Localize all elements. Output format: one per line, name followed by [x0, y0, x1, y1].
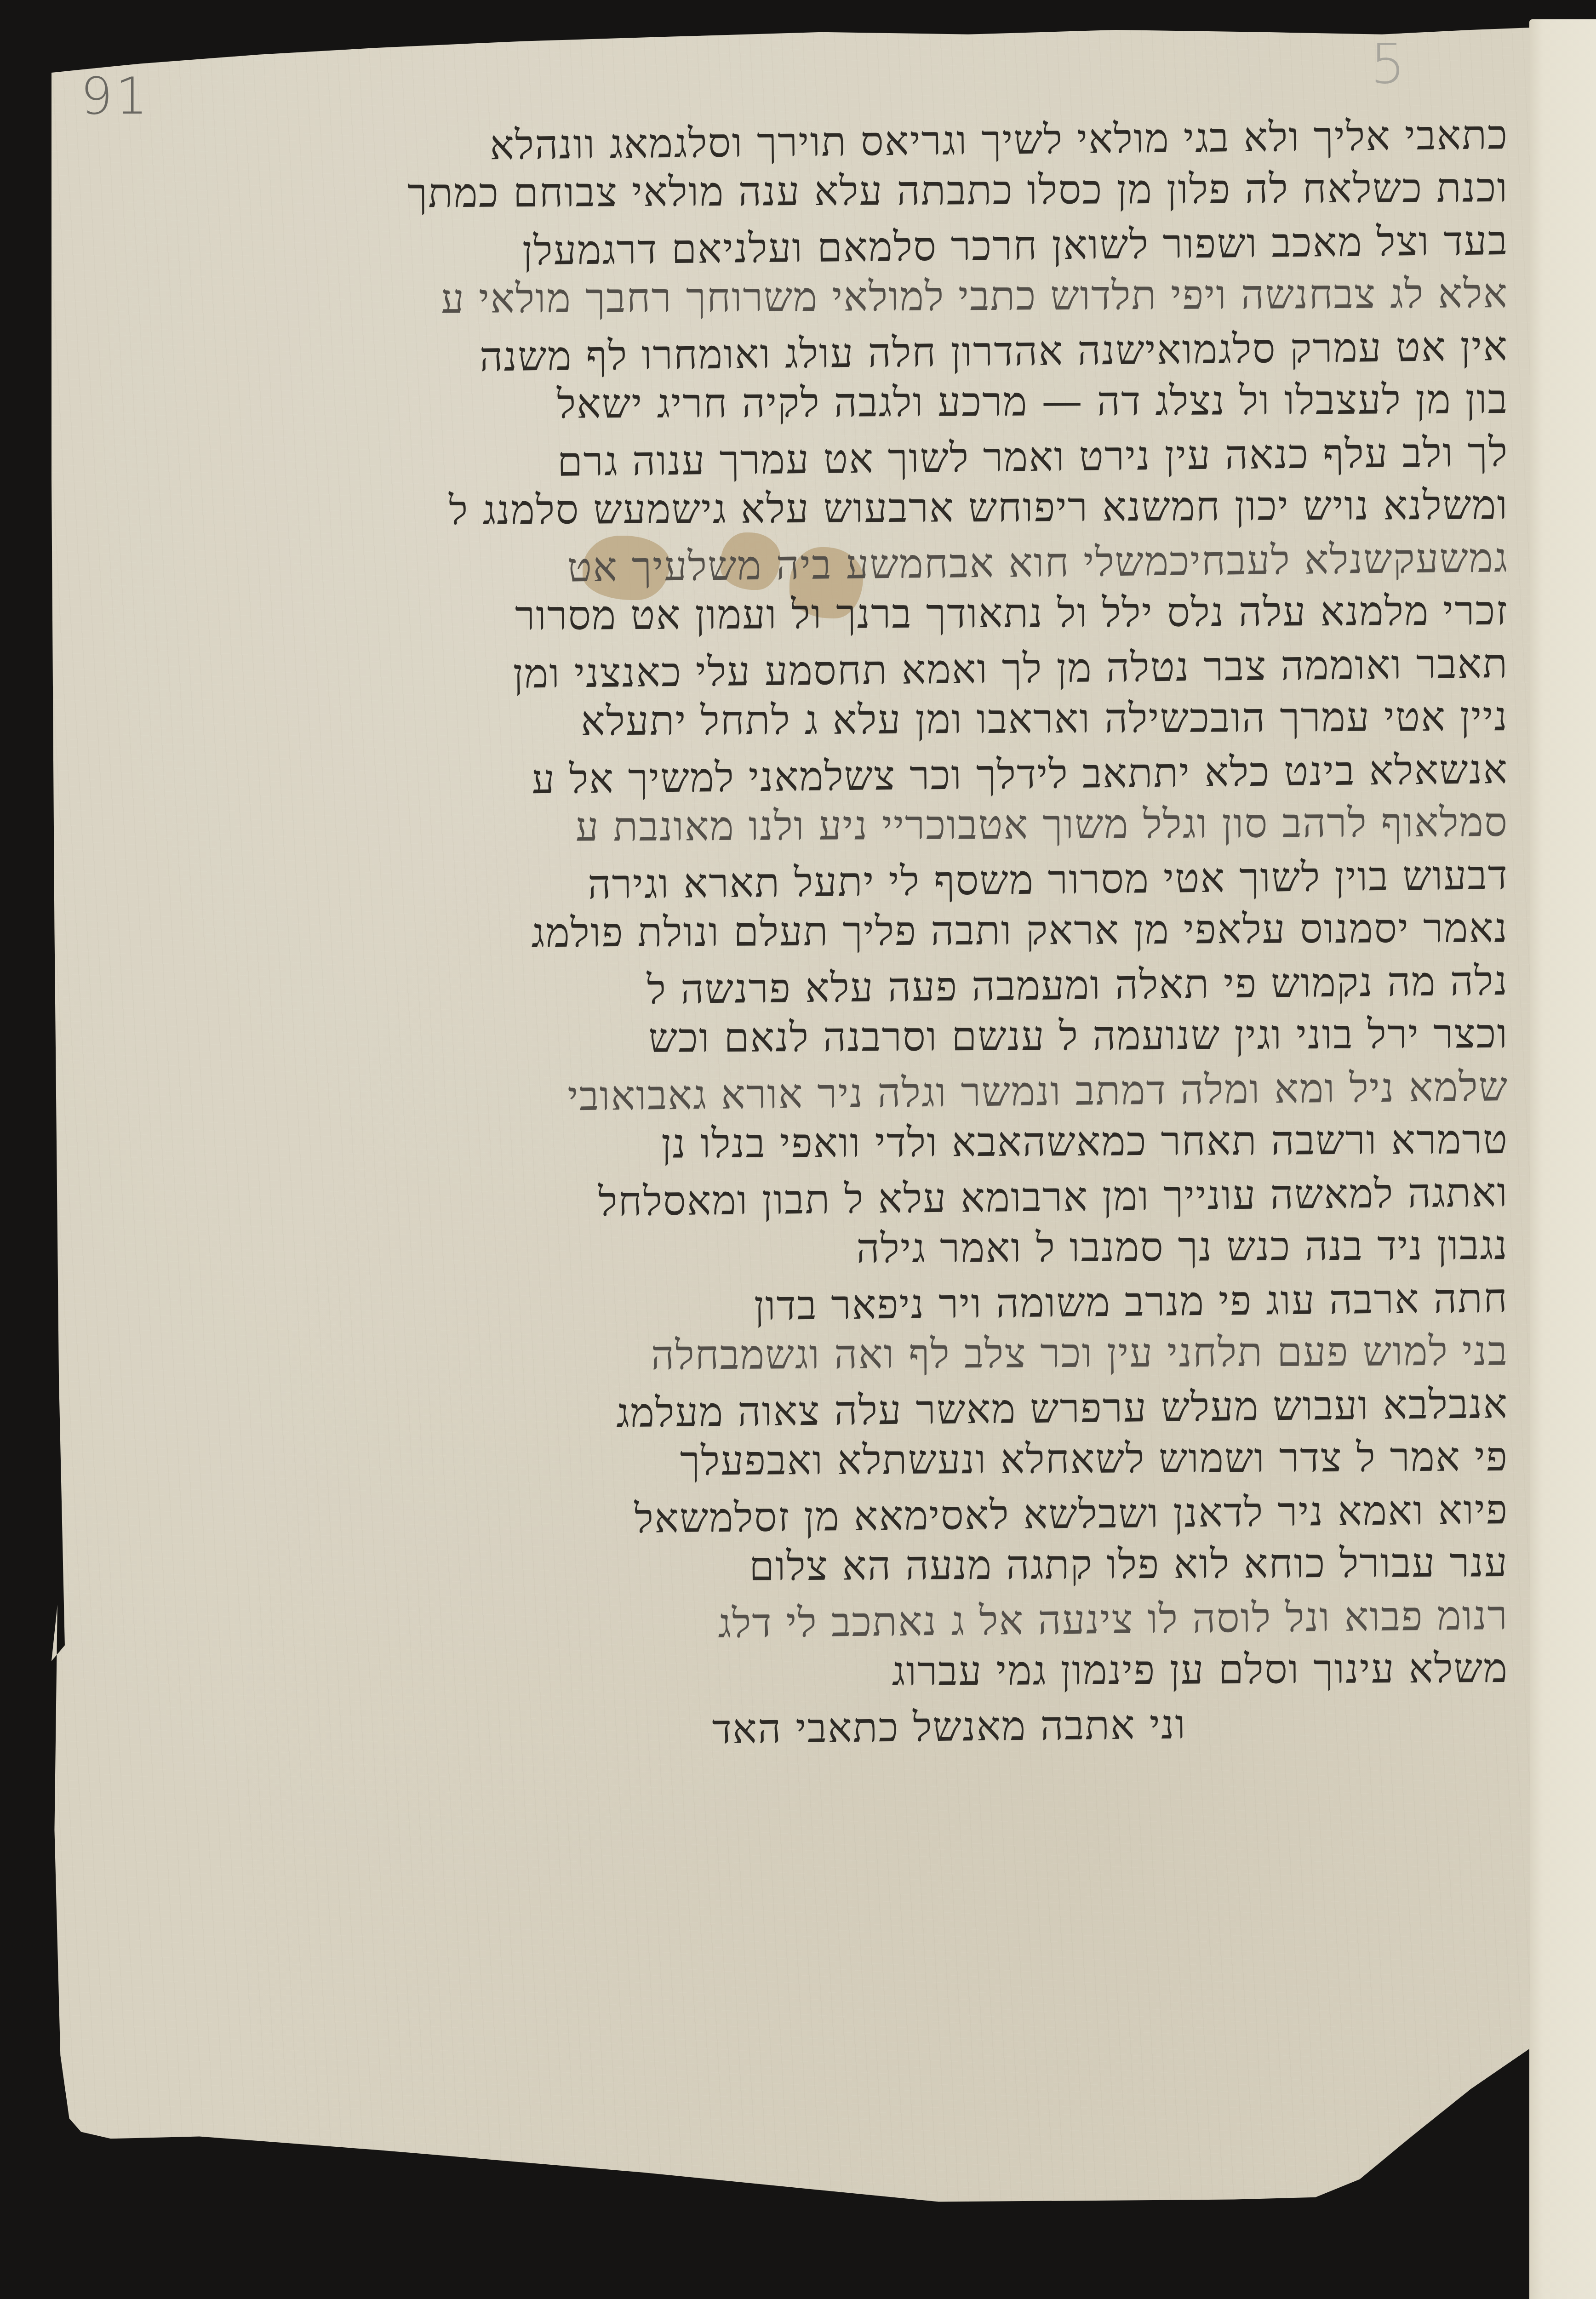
- manuscript-line: ענר עבורל כוחא לוא פלו קתגה מנעה הא צלום: [69, 1536, 1509, 1596]
- manuscript-line: נאמר יסמנוס עלאפי מן אראק ותבה פליך תעלם…: [69, 901, 1509, 961]
- manuscript-line: וכנת כשלאח לה פלון מן כסלו כתבתה עלא ענה…: [69, 161, 1509, 221]
- manuscript-line: ניין אטי עמרך הובכשילה ואראבו ומן עלא ג …: [69, 690, 1509, 750]
- manuscript-line: סמלאוף לרהב סון וגלל משוך אטבוכריי ניע ו…: [69, 795, 1509, 856]
- manuscript-line: משלא עינוך וסלם ען פינמון גמי עברוג: [69, 1641, 1509, 1702]
- manuscript-line: וכצר ירל בוני וגין שנועמה ל ענשם וסרבנה …: [69, 1007, 1509, 1067]
- manuscript-line: טרמרא ורשבה תאחר כמאשהאבא ולדי וואפי בנל…: [69, 1113, 1509, 1173]
- manuscript-line: פי אמר ל צדר ושמוש לשאחלא ונעשתלא ואבפעל…: [69, 1430, 1509, 1490]
- scanned-page: 91 5 כתאבי אליך ולא בגי מולאי לשיך וגריא…: [0, 0, 1596, 2299]
- manuscript-line: נגבון ניד בנה כנש נך סמנבו ל ואמר גילה: [69, 1218, 1509, 1279]
- manuscript-line: בני למוש פעם תלחני עין וכר צלב לף ואה וג…: [69, 1324, 1509, 1384]
- manuscript-line: אלא לג צבחנשה ויפי תלדוש כתבי למולאי משר…: [69, 267, 1509, 327]
- manuscript-line: בון מן לעצבלו ול נצלג דה — מרכע ולגבה לק…: [69, 372, 1509, 433]
- manuscript-line: זכרי מלמנא עלה נלס ילל ול נתאודך ברנך ול…: [69, 584, 1509, 644]
- folio-number-right: 5: [1370, 32, 1405, 96]
- manuscript-line: ומשלנא נויש יכון חמשנא ריפוחש ארבעוש עלא…: [69, 478, 1509, 538]
- manuscript-text: כתאבי אליך ולא בגי מולאי לשיך וגריאס תוי…: [69, 108, 1508, 1747]
- adjacent-mount-sheet: [1529, 19, 1596, 2299]
